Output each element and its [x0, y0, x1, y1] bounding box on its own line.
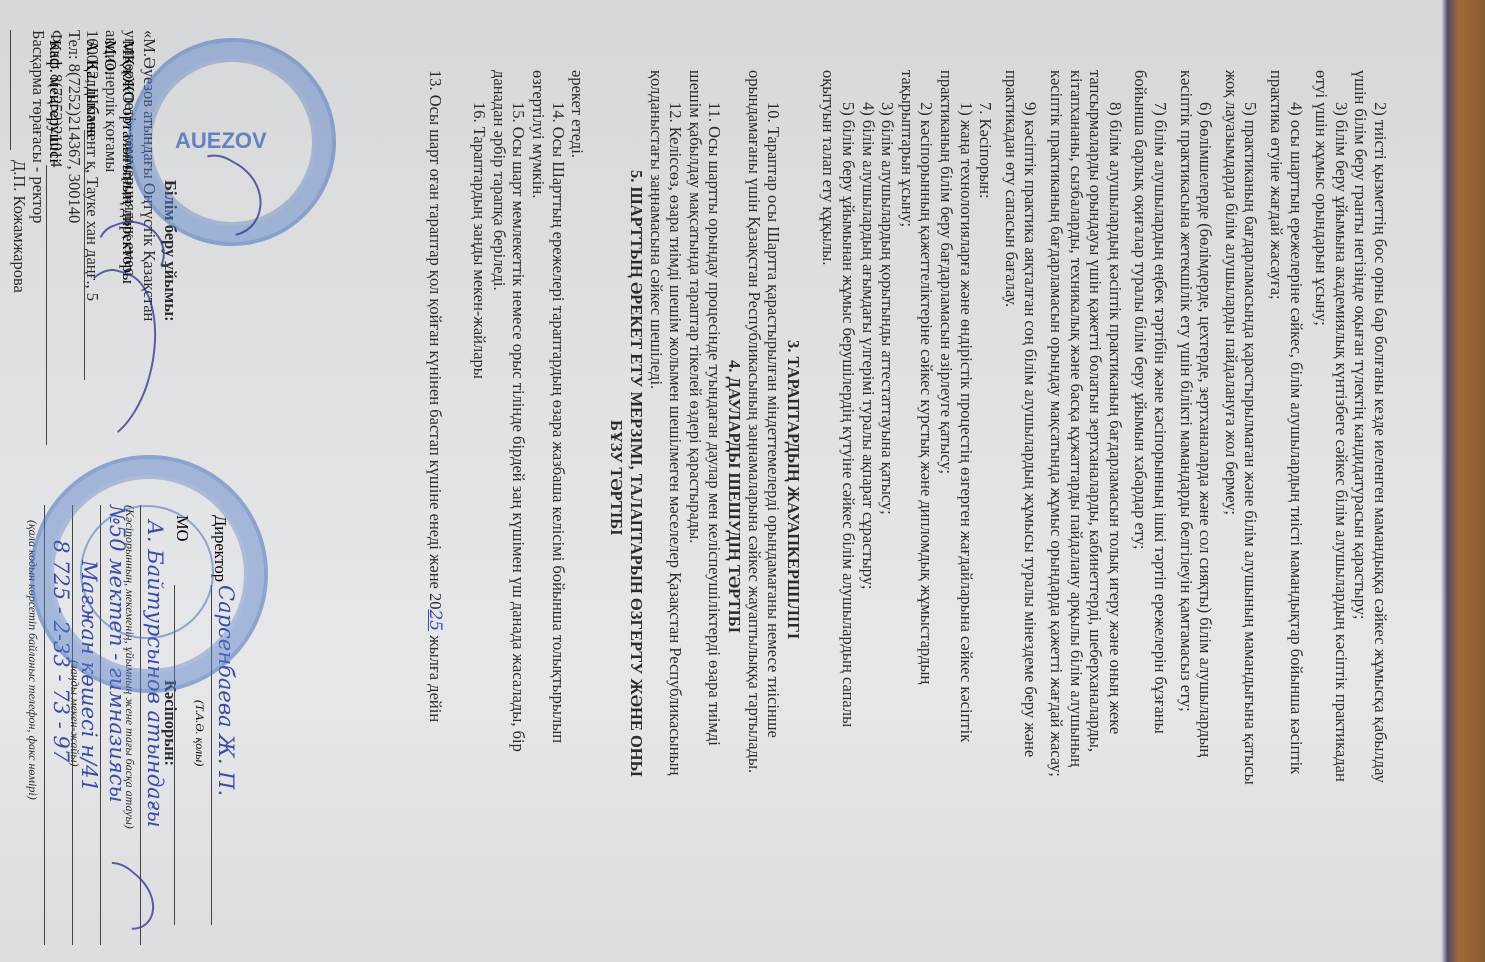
clause-line: үшін білім беру гранты негізінде оқыған …: [1350, 70, 1370, 619]
clause-line: жоқ лауазымдарда білім алушыларды пайдал…: [1221, 70, 1241, 515]
left-party-line-2: акционерлік қоғамы: [101, 30, 121, 172]
clause-line: оқытуын талап ету құқылы.: [818, 70, 838, 265]
clause-line: өзгертілуі мүмкін.: [528, 70, 548, 198]
clause-line: кәсіптік практиканың бағдарламасын орынд…: [1046, 70, 1066, 777]
clause-line: 1) жаңа технологияларға және өндірістік …: [956, 102, 976, 742]
enterprise-name-line: [140, 505, 141, 945]
clause-line: 2) тиісті қызметтің бос орны бар болғаны…: [1370, 102, 1390, 783]
clause-line: 11. Осы шартты орындау процесінде туында…: [704, 102, 724, 746]
handwritten-year: 25: [425, 609, 445, 631]
left-party-heading: Білім беру ұйымы:: [160, 180, 180, 322]
clause-line: 10. Тараптар осы Шартта қарастырылған мі…: [763, 102, 783, 738]
clause-line: шешім қабылдау мақсатында тараптар тікел…: [685, 70, 705, 543]
left-party-line-0: «М.Әуезов атындағы Оңтүстік Қазақстан: [139, 30, 159, 321]
clause-line: 7. Кәсіпорын:: [975, 102, 995, 199]
clause-line: тапсырмаларды орындауы үшін қажетті бола…: [1085, 70, 1105, 752]
left-party-address: 160012, Шымкент қ, Тауке хан даңғ., 5: [82, 30, 102, 301]
left-party-position: Басқарма төрағасы - ректор: [28, 30, 48, 223]
phone-handwritten: 8 725 - 2-33 - 73 - 97: [51, 540, 71, 762]
clause-line: 4) білім алушылардың ағымдағы үлгерімі т…: [858, 102, 878, 589]
clause-line: 3) білім алушылардың қорытынды аттестатт…: [877, 102, 897, 515]
clause-line: данадан әрбір тарапқа беріледі.: [489, 70, 509, 291]
clause-line: практика өтуіне жағдай жасауға;: [1266, 70, 1286, 300]
clause-line: 2) кәсіпорынның қажеттеліктеріне сәйкес …: [916, 102, 936, 684]
clause-line: өтуі үшін жұмыс орындарын ұсыну;: [1311, 70, 1331, 326]
clause-line: практикадан өту сапасын бағалау.: [1001, 70, 1021, 307]
phone-line: [44, 505, 45, 945]
section-4-heading: 4. ДАУЛАРДЫ ШЕШУДІҢ ТӘРТІБІ: [724, 360, 744, 633]
clause-line: 8) білім алушылардың кәсіптік практиканы…: [1105, 102, 1125, 734]
clause-line: 5) практиканың бағдарламасында қарастыры…: [1240, 102, 1260, 785]
section-3-heading: 3. ТАРАПТАРДЫҢ ЖАУАПКЕРШІЛІГІ: [783, 340, 803, 639]
paper-edge: [1441, 0, 1485, 962]
rector-signature-line: [10, 30, 11, 150]
clause-line: 16. Тараптардың заңды мекен-жайлары: [469, 102, 489, 379]
clause-line: әрекет етеді.: [567, 70, 587, 158]
clause-13: 13. Осы шарт оған тараптар қол қойған кү…: [425, 70, 445, 722]
clause-line: 3) білім беру ұйымына академиялық күнтіз…: [1331, 102, 1351, 782]
clause-line: тақырыптарын ұсыну;: [897, 70, 917, 227]
enterprise-name-handwritten: А. Байтурсынов атындағы: [145, 520, 165, 827]
section-5-heading-2: БҰЗУ ТӘРТІБІ: [606, 420, 626, 536]
clause-line: 15. Осы шарт мемлекеттік немесе орыс тіл…: [508, 102, 528, 752]
clause-line: 4) осы шарттың ережелеріне сәйкес, білім…: [1286, 102, 1306, 774]
left-party-phone: Тел: 8(7252)214367, 300140: [64, 30, 84, 223]
clause-line: 6) бөлімшелерде (бөлімдерде, цехтерде, з…: [1195, 102, 1215, 757]
left-party-fax: Факс: 8(7252)21014: [46, 30, 66, 168]
clause-line: 14. Осы Шарттың ережелері тараптардың өз…: [548, 102, 568, 743]
clause-line: кәсіптік практикасына жетекшілік ету үші…: [1176, 70, 1196, 712]
clause-line: орындамағаны үшін Қазақстан Республикасы…: [744, 70, 764, 773]
clause-line: кітапхананы, сызбаларды, техникалық және…: [1066, 70, 1086, 767]
clause-line: бойынша барлық оқиғалар туралы білім бер…: [1130, 70, 1150, 549]
clause-line: қолданыстағы заңнамасына сәйкес шешіледі…: [646, 70, 666, 389]
section-5-heading: 5. ШАРТТЫҢ ӘРЕКЕТ ЕТУ МЕРЗІМІ, ТАЛАПТАРЫ…: [626, 170, 646, 777]
left-party-line-1: университеті» коммерциялық емес: [120, 30, 140, 275]
document-page: 2) тиісті қызметтің бос орны бар болғаны…: [0, 0, 1485, 962]
clause-line: практиканың білім беру бағдарламасын әзі…: [936, 70, 956, 474]
phone-caption: (қала кодын көрсетіп байланыс телефон, ф…: [23, 520, 43, 800]
clause-line: 5) білім беру ұйымынан жұмыс берушілерді…: [838, 102, 858, 727]
rector-name: Д.П. Кожамжарова: [9, 160, 29, 293]
address-handwritten-1: №50 мектеп - гимназиясы: [107, 505, 127, 803]
clause-line: 7) білім алушылардың еңбек тәртібін және…: [1150, 102, 1170, 734]
clause-line: 12. Келіссөз, өзара тиімді шешім жолымен…: [665, 102, 685, 775]
clause-line: 9) кәсіптік практика аяқталған соң білім…: [1020, 102, 1040, 757]
